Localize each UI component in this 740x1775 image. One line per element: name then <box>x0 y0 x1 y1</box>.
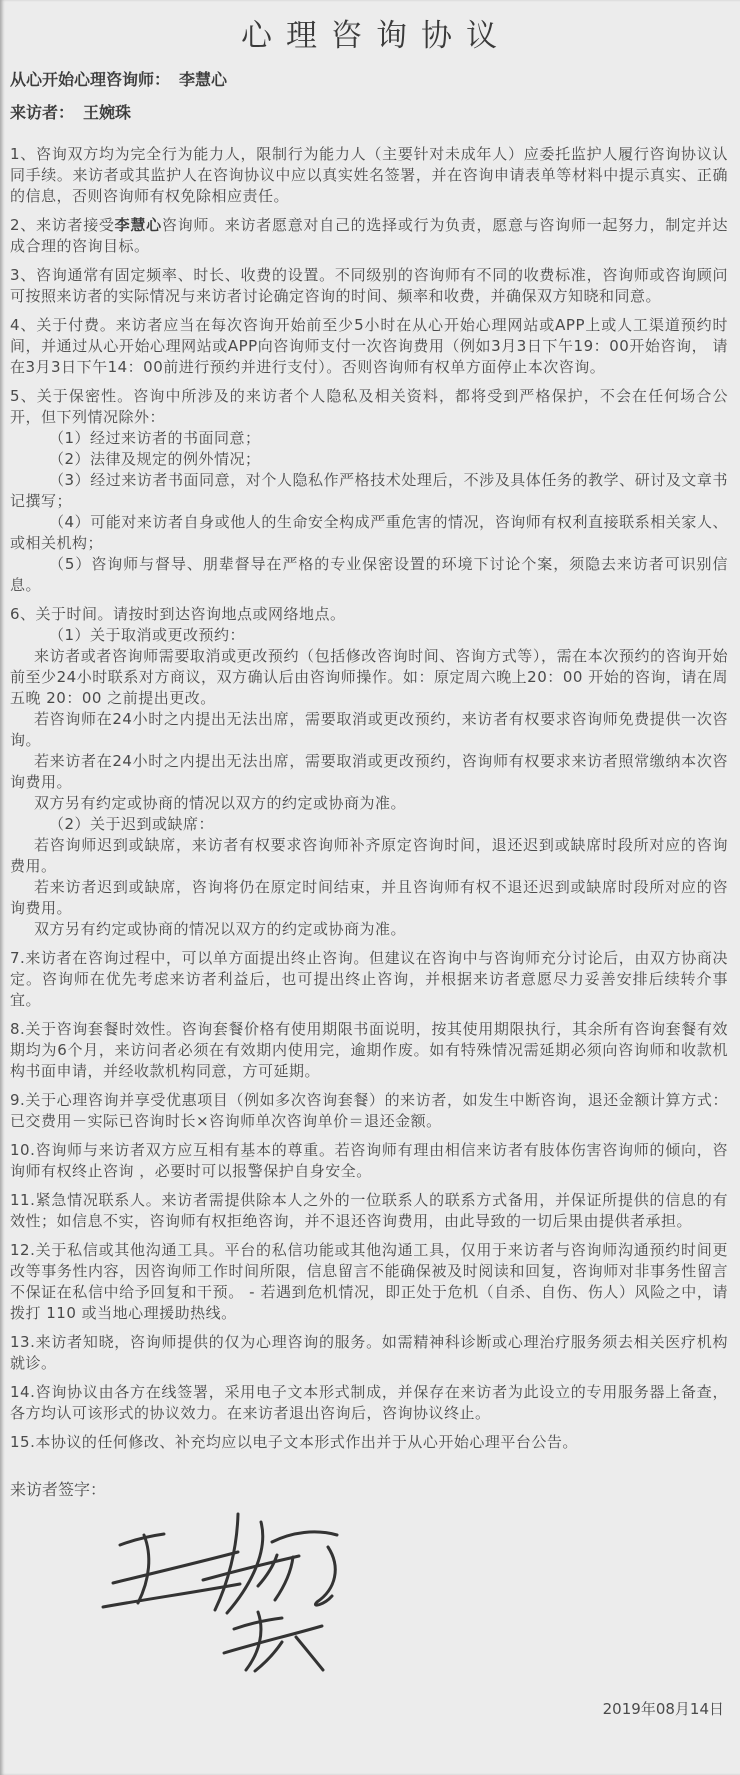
agreement-paragraph: 8.关于咨询套餐时效性。咨询套餐价格有使用期限书面说明，按其使用期限执行，其余所… <box>10 1019 728 1082</box>
agreement-paragraph: 1、咨询双方均为完全行为能力人，限制行为能力人（主要针对未成年人）应委托监护人履… <box>10 144 728 207</box>
agreement-paragraph: （3）经过来访者书面同意，对个人隐私作严格技术处理后，不涉及具体任务的教学、研讨… <box>10 470 728 512</box>
agreement-paragraph: （2）关于迟到或缺席： <box>10 814 728 835</box>
agreement-paragraph: 12.关于私信或其他沟通工具。平台的私信功能或其他沟通工具，仅用于来访者与咨询师… <box>10 1240 728 1324</box>
agreement-page: 心理咨询协议 从心开始心理咨询师：李慧心 来访者：王婉珠 1、咨询双方均为完全行… <box>0 0 740 1775</box>
agreement-paragraph: （1）经过来访者的书面同意； <box>10 428 728 449</box>
agreement-paragraph: 6、关于时间。请按时到达咨询地点或网络地点。 <box>10 604 728 625</box>
visitor-line: 来访者：王婉珠 <box>10 102 728 124</box>
agreement-paragraph: 9.关于心理咨询并享受优惠项目（例如多次咨询套餐）的来访者，如发生中断咨询，退还… <box>10 1090 728 1132</box>
agreement-paragraph: 10.咨询师与来访者双方应互相有基本的尊重。若咨询师有理由相信来访者有肢体伤害咨… <box>10 1140 728 1182</box>
visitor-label: 来访者： <box>10 103 74 122</box>
agreement-paragraph: 7.来访者在咨询过程中，可以单方面提出终止咨询。但建议在咨询中与咨询师充分讨论后… <box>10 948 728 1011</box>
agreement-body: 1、咨询双方均为完全行为能力人，限制行为能力人（主要针对未成年人）应委托监护人履… <box>10 144 728 1453</box>
visitor-name: 王婉珠 <box>83 103 131 122</box>
agreement-paragraph: 3、咨询通常有固定频率、时长、收费的设置。不同级别的咨询师有不同的收费标准，咨询… <box>10 265 728 307</box>
agreement-paragraph: 双方另有约定或协商的情况以双方的约定或协商为准。 <box>10 919 728 940</box>
counselor-name: 李慧心 <box>179 70 227 89</box>
agreement-paragraph: （1）关于取消或更改预约： <box>10 625 728 646</box>
agreement-paragraph: （5）咨询师与督导、朋辈督导在严格的专业保密设置的环境下讨论个案，须隐去来访者可… <box>10 554 728 596</box>
agreement-paragraph: 2、来访者接受李慧心咨询师。来访者愿意对自己的选择或行为负责，愿意与咨询师一起努… <box>10 215 728 257</box>
agreement-paragraph: 14.咨询协议由各方在线签署，采用电子文本形式制成，并保存在来访者为此设立的专用… <box>10 1382 728 1424</box>
agreement-paragraph: 15.本协议的任何修改、补充均应以电子文本形式作出并于从心开始心理平台公告。 <box>10 1432 728 1453</box>
agreement-paragraph: 来访者或者咨询师需要取消或更改预约（包括修改咨询时间、咨询方式等），需在本次预约… <box>10 646 728 709</box>
agreement-paragraph: 13.来访者知晓，咨询师提供的仅为心理咨询的服务。如需精神科诊断或心理治疗服务须… <box>10 1332 728 1374</box>
agreement-paragraph: 若咨询师迟到或缺席，来访者有权要求咨询师补齐原定咨询时间，退还迟到或缺席时段所对… <box>10 835 728 877</box>
agreement-paragraph: 4、关于付费。来访者应当在每次咨询开始前至少5小时在从心开始心理网站或APP上或… <box>10 315 728 378</box>
agreement-paragraph: 若来访者迟到或缺席，咨询将仍在原定时间结束，并且咨询师有权不退还迟到或缺席时段所… <box>10 877 728 919</box>
agreement-paragraph: 若来访者在24小时之内提出无法出席，需要取消或更改预约，咨询师有权要求来访者照常… <box>10 751 728 793</box>
agreement-paragraph: 双方另有约定或协商的情况以双方的约定或协商为准。 <box>10 793 728 814</box>
handwritten-signature <box>96 1507 416 1687</box>
signature-date: 2019年08月14日 <box>10 1699 728 1720</box>
counselor-line: 从心开始心理咨询师：李慧心 <box>10 69 728 91</box>
agreement-paragraph: 若咨询师在24小时之内提出无法出席，需要取消或更改预约，来访者有权要求咨询师免费… <box>10 709 728 751</box>
agreement-paragraph: （2）法律及规定的例外情况； <box>10 449 728 470</box>
agreement-paragraph: 11.紧急情况联系人。来访者需提供除本人之外的一位联系人的联系方式备用，并保证所… <box>10 1190 728 1232</box>
counselor-label: 从心开始心理咨询师： <box>10 70 170 89</box>
document-title: 心理咨询协议 <box>10 10 728 55</box>
agreement-paragraph: （4）可能对来访者自身或他人的生命安全构成严重危害的情况，咨询师有权利直接联系相… <box>10 512 728 554</box>
signature-label: 来访者签字： <box>10 1479 728 1501</box>
agreement-paragraph: 5、关于保密性。咨询中所涉及的来访者个人隐私及相关资料，都将受到严格保护，不会在… <box>10 386 728 428</box>
